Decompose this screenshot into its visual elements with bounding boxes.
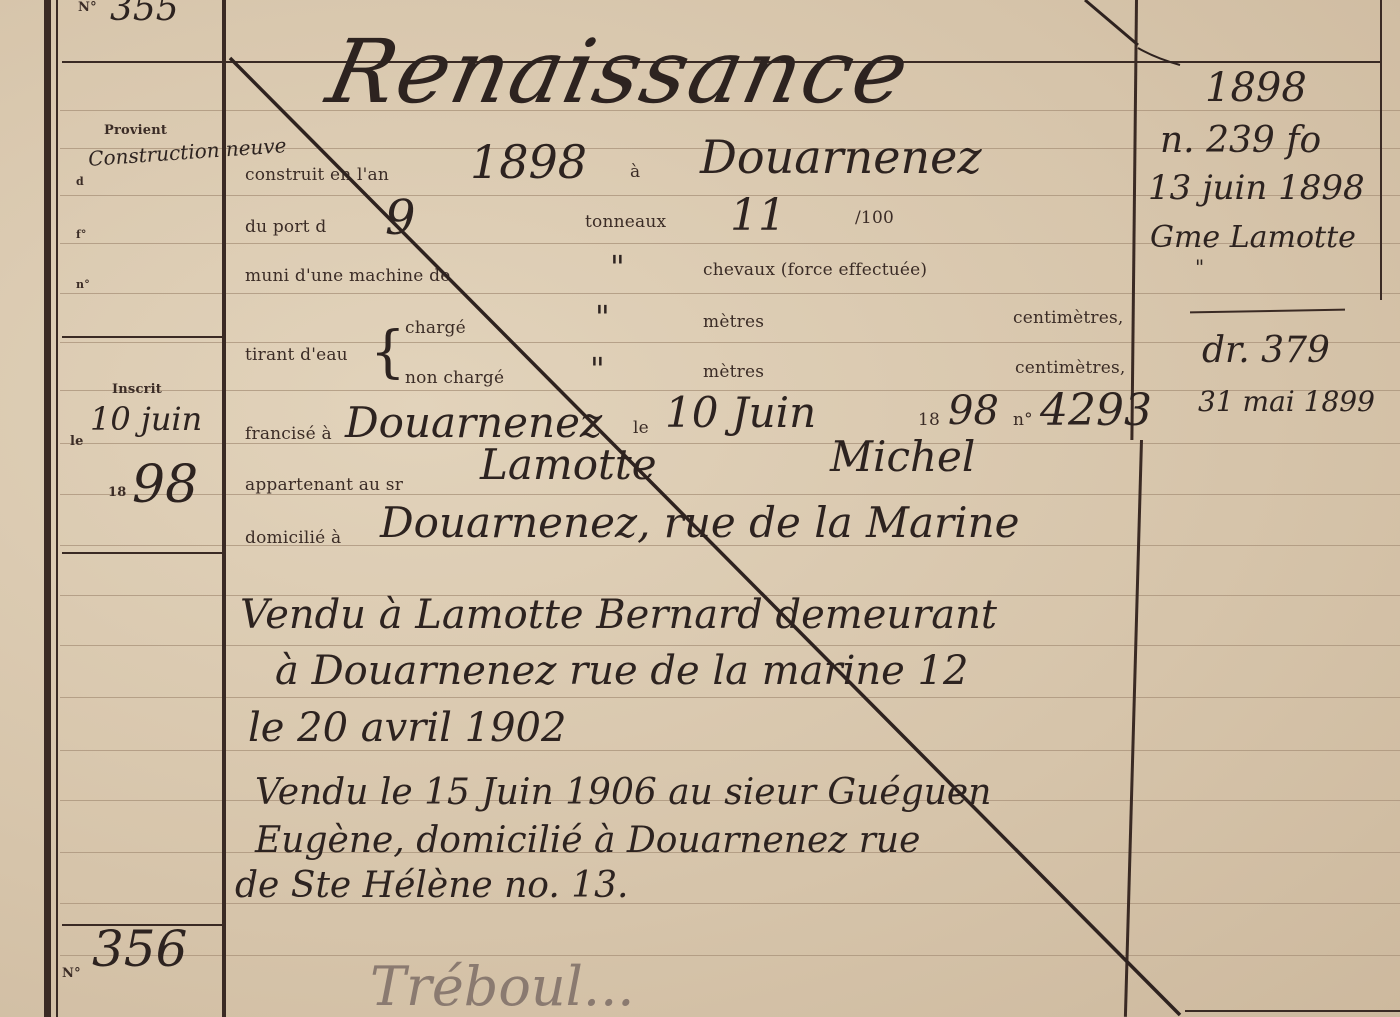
owner-firstname: Michel <box>830 432 975 481</box>
cancellation-line-2: 31 mai 1899 <box>1198 385 1375 418</box>
bottom-number-label: N° <box>62 966 81 981</box>
inscrit-date: 10 juin <box>90 400 202 438</box>
chevaux-label: chevaux (force effectuée) <box>703 260 927 280</box>
bottom-faint-text: Tréboul... <box>370 955 634 1017</box>
annotation-line-1: Vendu à Lamotte Bernard demeurant <box>240 592 997 638</box>
charge-value: " <box>595 298 610 336</box>
port-value: 9 <box>385 190 416 246</box>
inscrit-year-suffix: 98 <box>132 455 198 515</box>
tonneaux-value: 11 <box>730 190 786 241</box>
construit-label: construit en l'an <box>245 165 389 185</box>
francise-no: 4293 <box>1040 385 1152 436</box>
francise-le-label: le <box>633 418 649 438</box>
folio-label: f° <box>76 228 87 241</box>
machine-label: muni d'une machine de <box>245 266 451 286</box>
non-charge-label: non chargé <box>405 368 504 388</box>
construit-a-label: à <box>630 162 640 182</box>
tirant-label: tirant d'eau <box>245 345 348 365</box>
machine-value: " <box>610 248 625 286</box>
francise-label: francisé à <box>245 424 332 444</box>
non-charge-value: " <box>590 350 605 388</box>
port-label: du port d <box>245 217 326 237</box>
bottom-number-value: 356 <box>92 920 187 978</box>
centimetres-label-1: centimètres, <box>1013 308 1124 328</box>
number-label: n° <box>76 278 90 291</box>
domicile-value: Douarnenez, rue de la Marine <box>380 498 1019 547</box>
centimetres-label-2: centimètres, <box>1015 358 1126 378</box>
tirant-brace: { <box>370 320 406 385</box>
appartenant-label: appartenant au sr <box>245 475 403 495</box>
annotation-line-4: Vendu le 15 Juin 1906 au sieur Guéguen <box>255 772 991 813</box>
tonneaux-label: tonneaux <box>585 212 666 232</box>
tonneaux-denominator: /100 <box>855 208 894 228</box>
metres-label-2: mètres <box>703 362 764 382</box>
annotation-line-2: à Douarnenez rue de la marine 12 <box>275 648 968 694</box>
inscrit-label: Inscrit <box>112 382 162 397</box>
provient-label: Provient <box>104 123 167 138</box>
construit-place: Douarnenez <box>700 130 982 184</box>
metres-label-1: mètres <box>703 312 764 332</box>
inscrit-le-label: le <box>70 434 84 449</box>
ship-name: Renaissance <box>319 20 919 123</box>
cancellation-line-1: dr. 379 <box>1202 330 1330 371</box>
right-line-5: " <box>1195 255 1204 279</box>
annotation-line-5: Eugène, domicilié à Douarnenez rue <box>255 820 920 861</box>
right-line-3: 13 juin 1898 <box>1148 168 1365 208</box>
charge-label: chargé <box>405 318 466 338</box>
annotation-line-3: le 20 avril 1902 <box>248 705 566 751</box>
domicilie-label: domicilié à <box>245 528 341 548</box>
francise-year-prefix: 18 <box>918 410 940 430</box>
francise-year: 98 <box>948 388 999 434</box>
construit-year: 1898 <box>470 135 587 189</box>
right-line-2: n. 239 fo <box>1160 120 1321 161</box>
francise-no-label: n° <box>1013 410 1033 430</box>
annotation-line-6: de Ste Hélène no. 13. <box>235 865 629 906</box>
top-number-label: N° <box>78 0 97 15</box>
owner-surname: Lamotte <box>480 440 657 489</box>
right-line-4: Gme Lamotte <box>1150 220 1356 255</box>
inscrit-year-prefix: 18 <box>108 485 127 500</box>
right-line-1: 1898 <box>1205 65 1307 111</box>
francise-date: 10 Juin <box>665 388 816 437</box>
provient-d-label: d <box>76 175 84 188</box>
top-number-value: 355 <box>110 0 179 29</box>
